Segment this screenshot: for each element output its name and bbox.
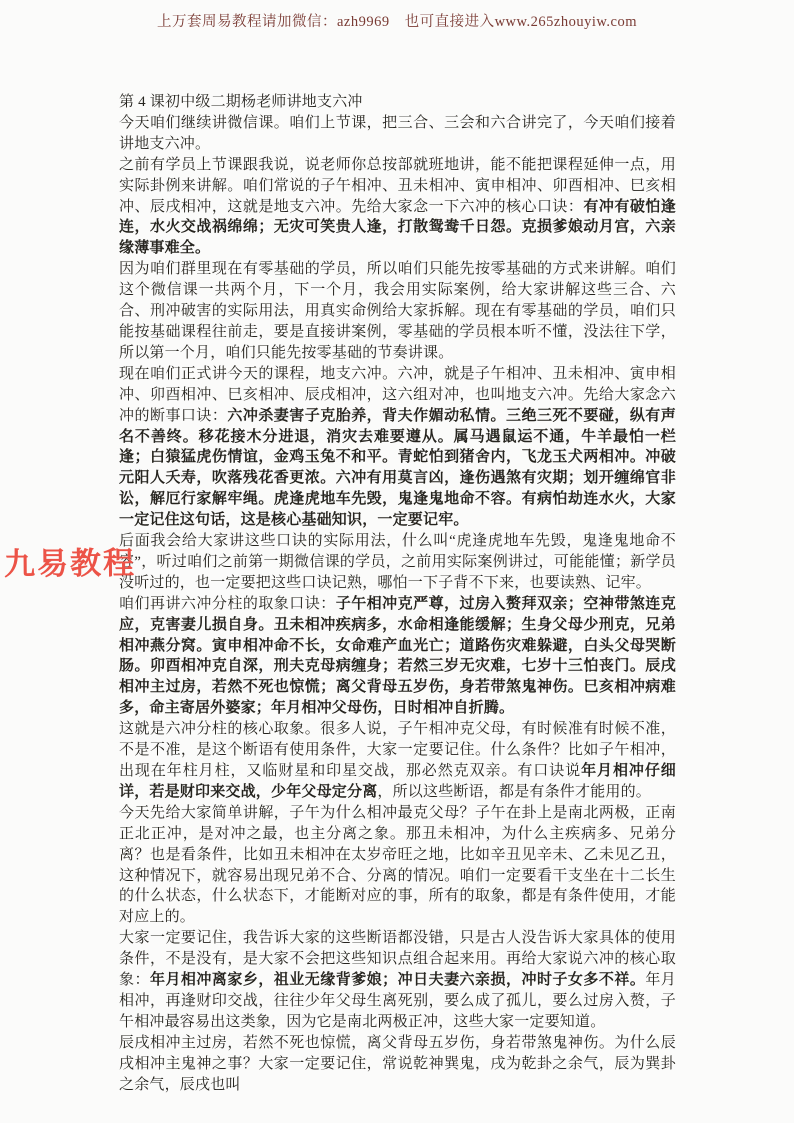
- paragraph: 这就是六冲分柱的核心取象。很多人说，子午相冲克父母，有时候准有时候不准，不是不准…: [119, 719, 676, 803]
- bold-text-run: 六冲杀妻害子克胎养，背夫作媚动私情。三绝三死不要碰，纵有声名不善终。移花接木分进…: [119, 407, 676, 529]
- document-body: 今天咱们继续讲微信课。咱们上节课，把三合、三会和六合讲完了，今天咱们接着讲地支六…: [119, 113, 676, 1096]
- paragraph: 咱们再讲六冲分柱的取象口诀：子午相冲克严尊，过房入赘拜双亲；空神带煞连克应，克害…: [119, 594, 676, 719]
- document-content: 第 4 课初中级二期杨老师讲地支六冲 今天咱们继续讲微信课。咱们上节课，把三合、…: [119, 92, 676, 1096]
- paragraph: 今天先给大家简单讲解，子午为什么相冲最克父母？子午在卦上是南北两极，正南正北正冲…: [119, 803, 676, 928]
- paragraph: 大家一定要记住，我告诉大家的这些断语都没错，只是古人没告诉大家具体的使用条件，不…: [119, 928, 676, 1033]
- text-run: 因为咱们群里现在有零基础的学员，所以咱们只能先按零基础的方式来讲解。咱们这个微信…: [119, 261, 676, 361]
- promo-header-text: 上万套周易教程请加微信：azh9969 也可直接进入www.265zhouyiw…: [0, 10, 794, 31]
- text-run: 今天先给大家简单讲解，子午为什么相冲最克父母？子午在卦上是南北两极，正南正北正冲…: [119, 805, 676, 926]
- watermark-logo: 九易教程: [4, 537, 136, 583]
- text-run: 后面我会给大家讲这些口诀的实际用法，什么叫“虎逢虎地车先毁，鬼逢鬼地命不容”，听…: [119, 533, 676, 591]
- paragraph: 后面我会给大家讲这些口诀的实际用法，什么叫“虎逢虎地车先毁，鬼逢鬼地命不容”，听…: [119, 531, 676, 594]
- text-run: 咱们再讲六冲分柱的取象口诀：: [119, 596, 336, 612]
- text-run: 辰戌相冲主过房，若然不死也惊慌，离父背母五岁伤，身若带煞鬼神伤。为什么辰戌相冲主…: [119, 1035, 676, 1093]
- paragraph: 今天咱们继续讲微信课。咱们上节课，把三合、三会和六合讲完了，今天咱们接着讲地支六…: [119, 113, 676, 155]
- text-run: ，所以这些断语，都是有条件才能用的。: [377, 784, 651, 800]
- bold-text-run: 年月相冲离家乡，祖业无缘背爹娘；冲日夫妻六亲损，冲时子女多不祥。: [150, 971, 645, 988]
- document-title: 第 4 课初中级二期杨老师讲地支六冲: [119, 92, 676, 113]
- paragraph: 之前有学员上节课跟我说，说老师你总按部就班地讲，能不能把课程延伸一点，用实际卦例…: [119, 155, 676, 260]
- paragraph: 因为咱们群里现在有零基础的学员，所以咱们只能先按零基础的方式来讲解。咱们这个微信…: [119, 259, 676, 364]
- paragraph: 辰戌相冲主过房，若然不死也惊慌，离父背母五岁伤，身若带煞鬼神伤。为什么辰戌相冲主…: [119, 1033, 676, 1096]
- document-page: 上万套周易教程请加微信：azh9969 也可直接进入www.265zhouyiw…: [0, 0, 794, 1123]
- bold-text-run: 子午相冲克严尊，过房入赘拜双亲；空神带煞连克应，克害妻儿损自身。丑未相冲疾病多，…: [119, 595, 676, 717]
- text-run: 今天咱们继续讲微信课。咱们上节课，把三合、三会和六合讲完了，今天咱们接着讲地支六…: [119, 115, 676, 152]
- paragraph: 现在咱们正式讲今天的课程，地支六冲。六冲，就是子午相冲、丑未相冲、寅申相冲、卯酉…: [119, 364, 676, 531]
